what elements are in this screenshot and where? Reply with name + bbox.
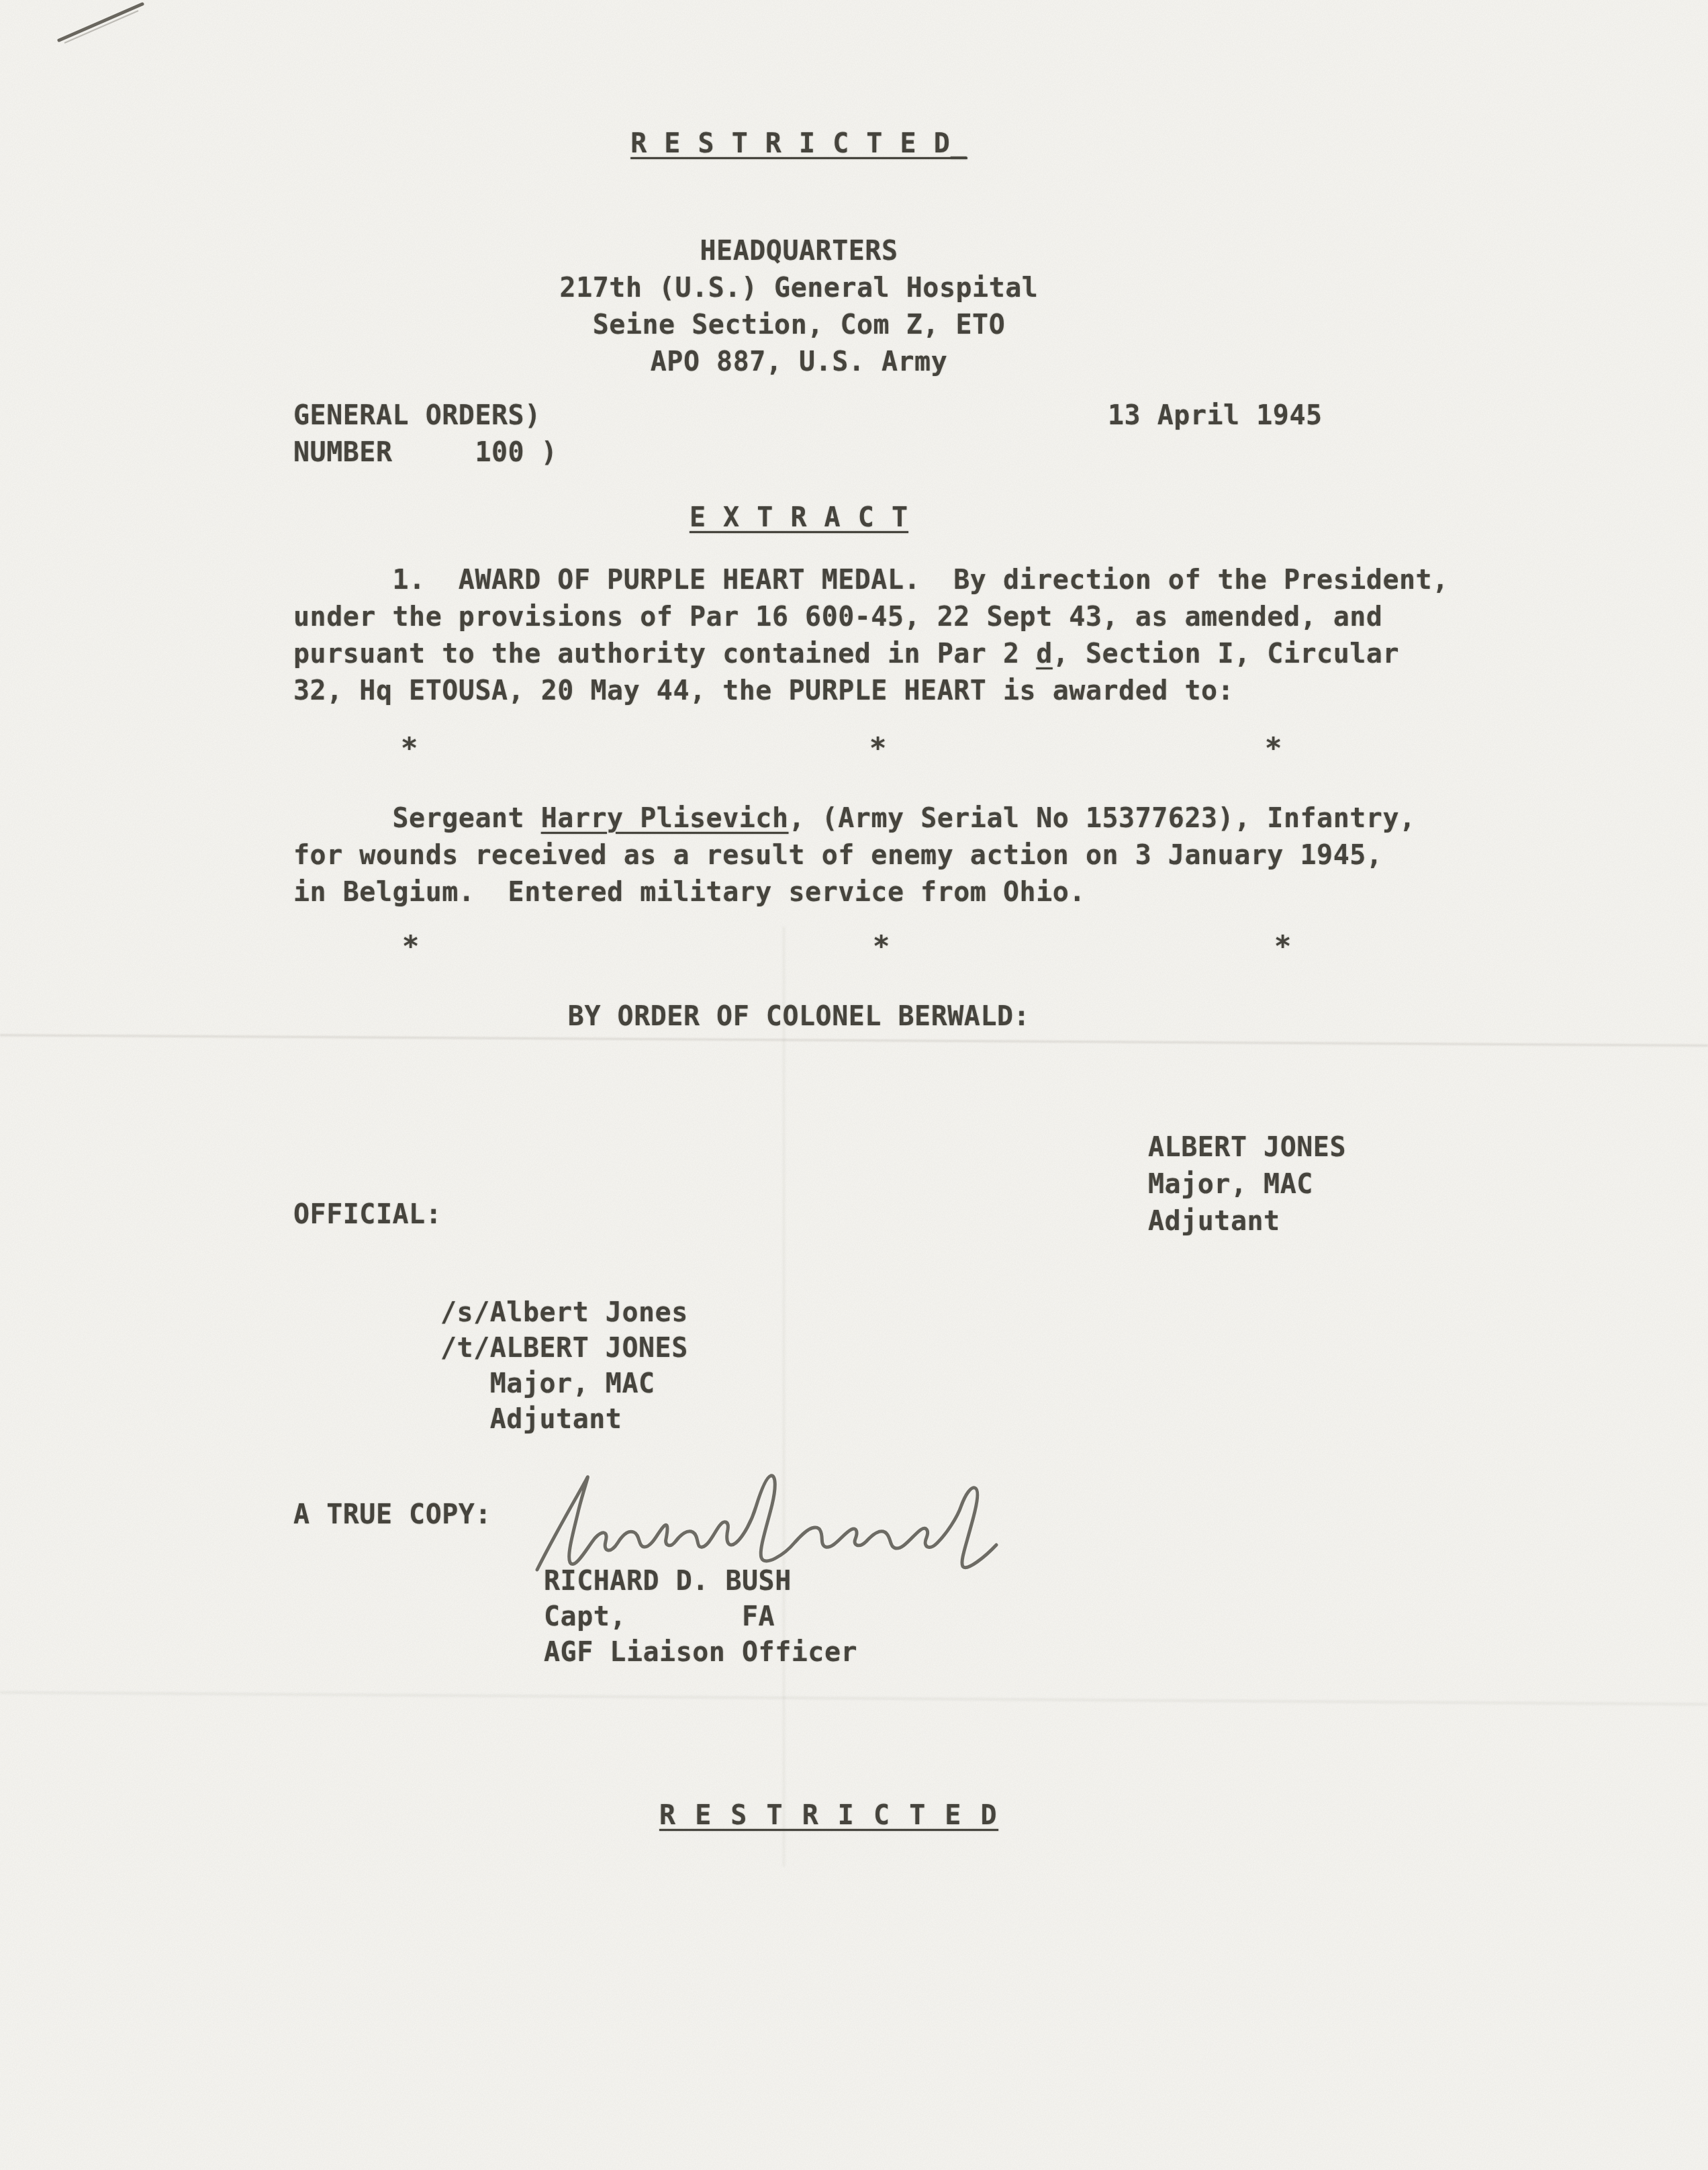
signer-rank: Major, MAC [1148, 1169, 1313, 1200]
awardee-name: Harry Plisevich [541, 803, 789, 834]
awardee-line-2: for wounds received as a result of enemy… [293, 840, 1382, 871]
general-orders-block: GENERAL ORDERS)NUMBER 100 ) [293, 397, 557, 471]
letterhead: HEADQUARTERS217th (U.S.) General Hospita… [0, 233, 1598, 381]
asterisk-separator: * [873, 930, 890, 963]
general-orders-label: GENERAL ORDERS) [293, 400, 541, 431]
unit-line: 217th (U.S.) General Hospital [560, 273, 1039, 303]
true-copy-label: A TRUE COPY: [293, 1497, 491, 1534]
attest-title: Adjutant [440, 1404, 622, 1435]
awardee-line-3: in Belgium. Entered military service fro… [293, 877, 1086, 908]
classification-banner-bottom: R E S T R I C T E D [659, 1797, 998, 1834]
orders-number-line: NUMBER 100 ) [293, 437, 557, 468]
attest-typed-line: /t/ALBERT JONES [440, 1333, 688, 1364]
section-line: Seine Section, Com Z, ETO [593, 310, 1006, 340]
asterisk-separator: * [1274, 930, 1291, 963]
attest-rank: Major, MAC [440, 1368, 655, 1399]
asterisk-separator: * [401, 732, 418, 765]
certifier-title: AGF Liaison Officer [544, 1637, 857, 1668]
signer-title: Adjutant [1148, 1206, 1280, 1237]
award-line-2: under the provisions of Par 16 600-45, 2… [293, 602, 1382, 632]
by-order-line: BY ORDER OF COLONEL BERWALD: [0, 998, 1598, 1035]
asterisk-separator: * [402, 930, 419, 963]
vertical-fold-crease [783, 927, 785, 1867]
award-line-3-underlined: d [1036, 639, 1053, 669]
signer-block: ALBERT JONESMajor, MACAdjutant [1148, 1129, 1346, 1240]
certifier-block: RICHARD D. BUSHCapt, FAAGF Liaison Offic… [544, 1564, 857, 1670]
asterisk-separator: * [869, 732, 886, 765]
award-line-3-post: , Section I, Circular [1053, 639, 1399, 669]
corner-fold-mark [0, 0, 201, 81]
horizontal-fold-crease-lower [0, 1691, 1708, 1705]
signer-name: ALBERT JONES [1148, 1132, 1346, 1163]
order-date: 13 April 1945 [1108, 397, 1323, 434]
attest-block: /s/Albert Jones/t/ALBERT JONES Major, MA… [440, 1295, 688, 1437]
awardee-line-1-pre: Sergeant [293, 803, 541, 834]
headquarters-line: HEADQUARTERS [700, 236, 898, 267]
award-paragraph: 1. AWARD OF PURPLE HEART MEDAL. By direc… [293, 562, 1449, 710]
classification-banner-top: R E S T R I C T E D_ [0, 126, 1598, 162]
awardee-paragraph: Sergeant Harry Plisevich, (Army Serial N… [293, 800, 1416, 911]
official-label: OFFICIAL: [293, 1196, 442, 1233]
awardee-line-1-post: , (Army Serial No 15377623), Infantry, [788, 803, 1415, 834]
extract-title: E X T R A C T [0, 500, 1598, 536]
certifier-name: RICHARD D. BUSH [544, 1566, 792, 1597]
award-line-1: 1. AWARD OF PURPLE HEART MEDAL. By direc… [293, 565, 1449, 596]
award-line-3-pre: pursuant to the authority contained in P… [293, 639, 1036, 669]
scanned-document-page: R E S T R I C T E D_ HEADQUARTERS217th (… [0, 0, 1708, 2170]
apo-line: APO 887, U.S. Army [651, 346, 947, 377]
attest-signed-line: /s/Albert Jones [440, 1297, 688, 1328]
horizontal-fold-crease [0, 1034, 1708, 1047]
certifier-rank: Capt, FA [544, 1601, 775, 1632]
award-line-4: 32, Hq ETOUSA, 20 May 44, the PURPLE HEA… [293, 675, 1234, 706]
asterisk-separator: * [1265, 732, 1282, 765]
